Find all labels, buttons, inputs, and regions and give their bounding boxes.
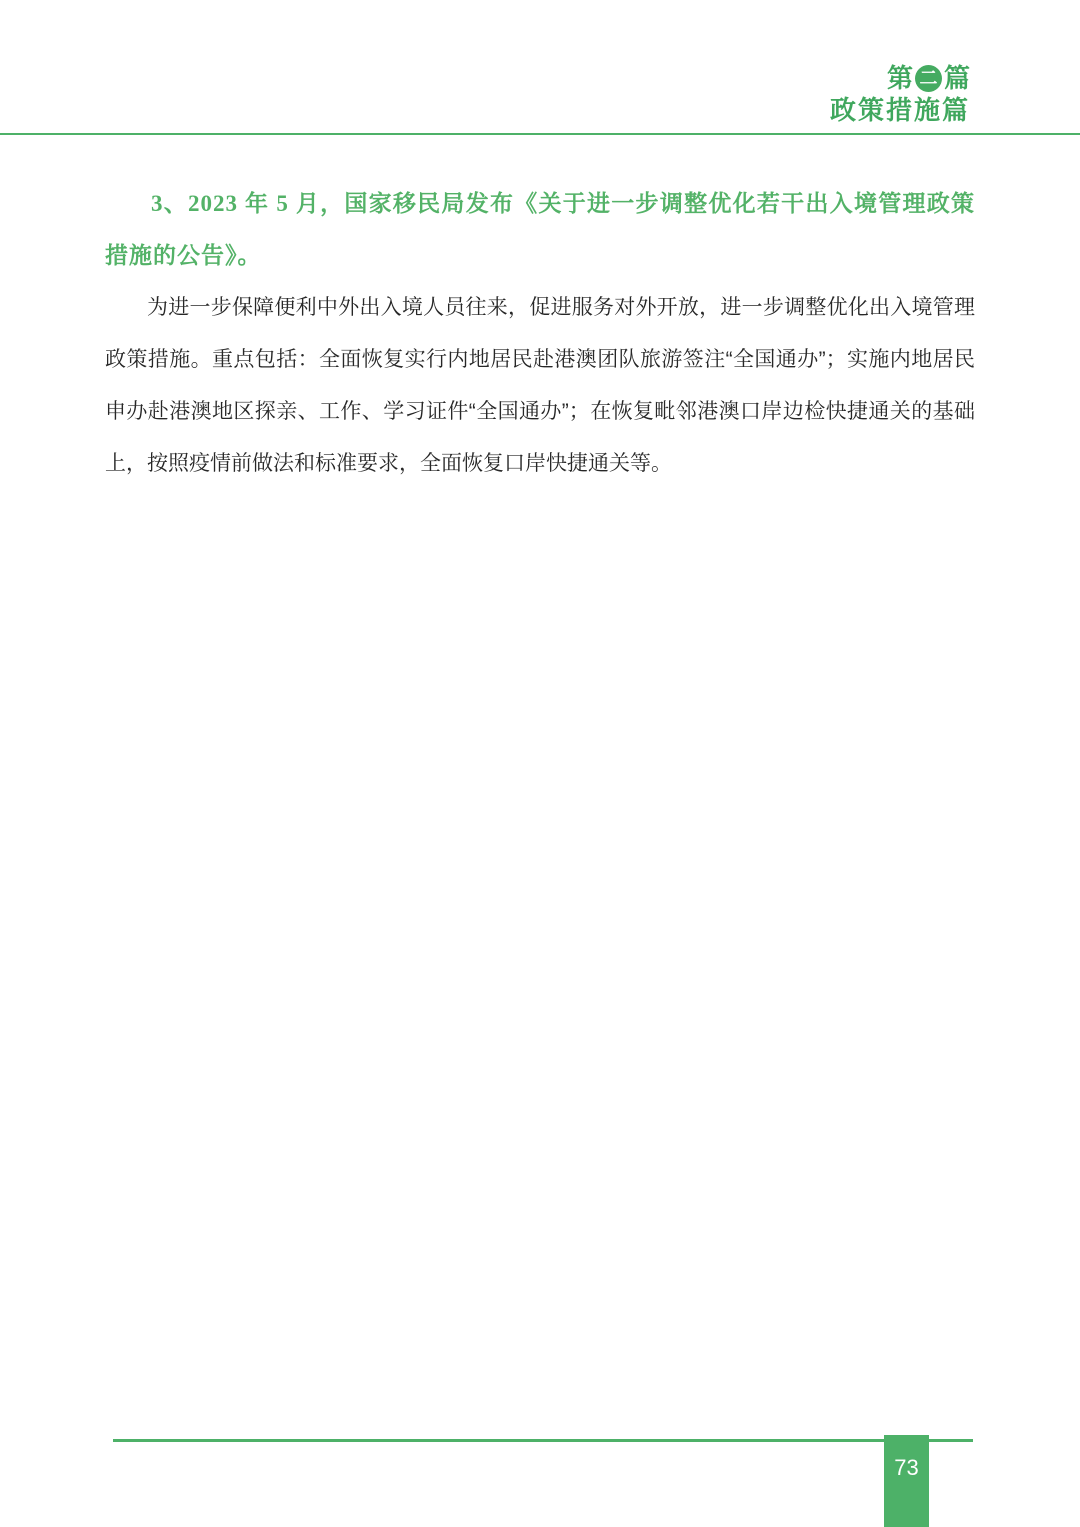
document-page: 第 二 篇 政策措施篇 3、2023 年 5 月，国家移民局发布《关于进一步调整…: [0, 0, 1080, 1527]
chapter-number-badge: 二: [915, 65, 942, 92]
chapter-suffix: 篇: [944, 62, 970, 94]
header-divider-line: [0, 133, 1080, 135]
main-content: 3、2023 年 5 月，国家移民局发布《关于进一步调整优化若干出入境管理政策措…: [105, 178, 975, 490]
page-header: 第 二 篇 政策措施篇: [830, 62, 970, 126]
section-heading: 3、2023 年 5 月，国家移民局发布《关于进一步调整优化若干出入境管理政策措…: [105, 178, 975, 282]
chapter-title: 政策措施篇: [830, 94, 970, 126]
page-number: 73: [884, 1455, 929, 1481]
body-paragraph: 为进一步保障便利中外出入境人员往来，促进服务对外开放，进一步调整优化出入境管理政…: [105, 282, 975, 490]
footer-divider-line: [113, 1439, 973, 1442]
chapter-number: 二: [919, 69, 937, 87]
chapter-number-line: 第 二 篇: [830, 62, 970, 94]
page-number-badge: 73: [884, 1435, 929, 1527]
chapter-prefix: 第: [887, 62, 913, 94]
